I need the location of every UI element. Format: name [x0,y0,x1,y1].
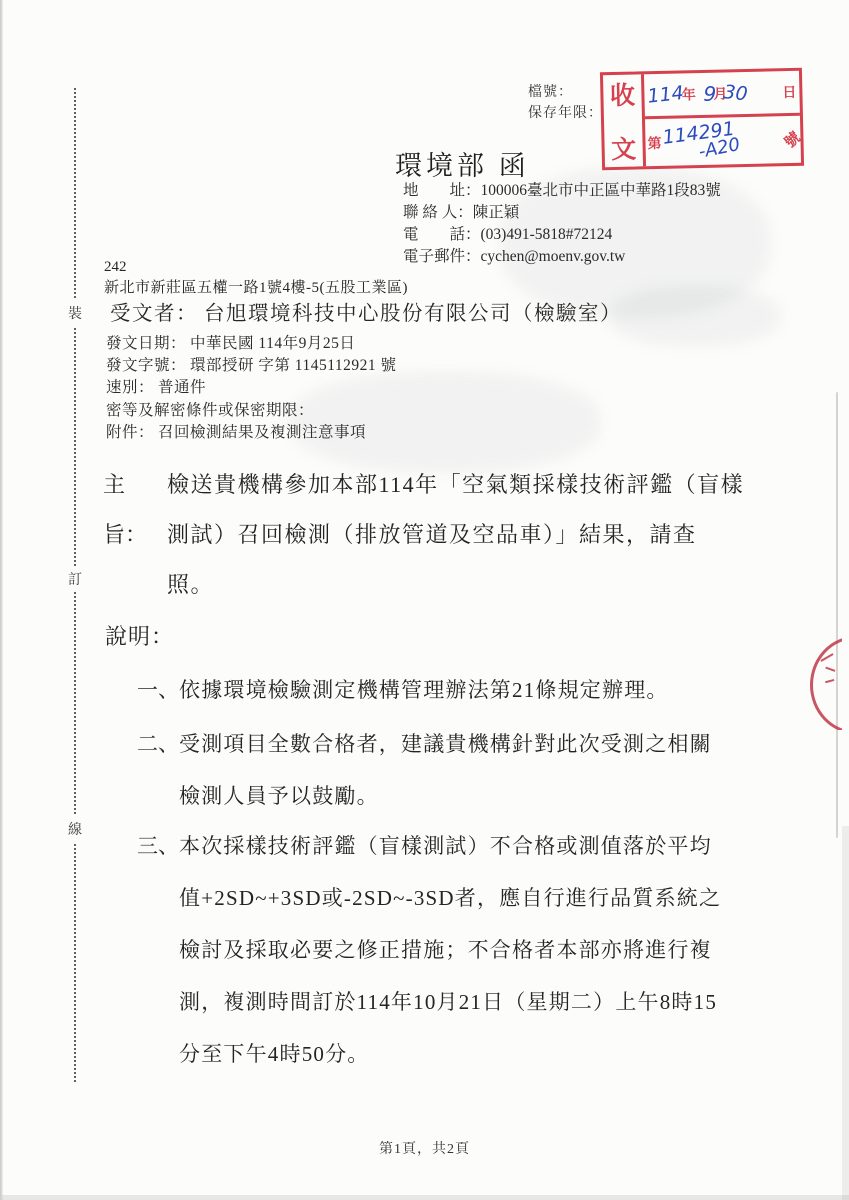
item-number: 二、 [137,718,179,822]
item-number: 一、 [137,664,179,716]
item-line: 檢測人員予以鼓勵。 [179,770,712,822]
binding-mark: 線 [66,816,84,842]
item-line: 值+2SD~+3SD或-2SD~-3SD者，應自行進行品質系統之 [179,872,721,924]
stamp-doc-char: 文 [611,130,637,167]
item-lines: 受測項目全數合格者，建議貴機構針對此次受測之相關檢測人員予以鼓勵。 [179,718,712,822]
receipt-stamp-left-column: 收 文 [603,74,646,167]
recipient-name: 台旭環境科技中心股份有限公司（檢驗室） [204,303,622,325]
page-footer: 第1頁，共2頁 [0,1138,849,1158]
meta-value: 普通件 [158,379,206,396]
addressee-street-address: 新北市新莊區五權一路1號4樓-5(五股工業區) [104,276,408,297]
item-lines: 依據環境檢驗測定機構管理辦法第21條規定辦理。 [179,664,669,716]
receipt-stamp-right-column: 114 年 9 月 30 日 第 114291 -A20 號 [644,71,801,166]
contact-block: 地 址：100006臺北市中正區中華路1段83號 聯 絡 人：陳正穎 電 話：(… [403,180,721,268]
contact-label: 電子郵件： [403,246,481,268]
contact-row: 地 址：100006臺北市中正區中華路1段83號 [403,180,721,202]
recipient-label: 受文者： [110,303,198,325]
explanation-block: 說明： 一、 依據環境檢驗測定機構管理辦法第21條規定辦理。 二、 受測項目全數… [105,620,805,1060]
retention-label: 保存年限： [528,103,603,124]
item-line: 檢討及採取必要之修正措施；不合格者本部亦將進行複 [179,924,721,976]
document-title: 環境部 函 [395,144,530,183]
item-lines: 本次採樣技術評鑑（盲樣測試）不合格或測值落於平均值+2SD~+3SD或-2SD~… [179,820,721,1080]
file-no-label: 檔號： [528,82,603,103]
document-meta-block: 發文日期：中華民國 114年9月25日 發文字號：環部授研 字第 1145112… [106,333,397,444]
subject-line: 檢送貴機構參加本部114年「空氣類採樣技術評鑑（盲樣 [167,460,744,510]
binding-marks: 裝訂線 [66,0,84,1200]
meta-row: 附件：召回檢測結果及複測注意事項 [106,422,397,444]
contact-value: cychen@moenv.gov.tw [481,248,626,265]
recipient-row: 受文者：台旭環境科技中心股份有限公司（檢驗室） [110,296,622,326]
contact-row: 電 話：(03)491-5818#72124 [403,224,721,246]
meta-row: 密等及解密條件或保密期限： [106,400,397,422]
explanation-item: 二、 受測項目全數合格者，建議貴機構針對此次受測之相關檢測人員予以鼓勵。 [137,718,712,822]
ink-bleedthrough [610,286,780,346]
scan-left-edge [0,0,3,1200]
contact-value: (03)491-5818#72124 [481,226,613,243]
binding-mark: 裝 [66,300,84,326]
subject-block: 主旨： 檢送貴機構參加本部114年「空氣類採樣技術評鑑（盲樣測試）召回檢測（排放… [103,460,744,610]
contact-row: 電子郵件：cychen@moenv.gov.tw [403,246,721,268]
contact-label: 聯 絡 人： [403,202,473,224]
handwritten-month: 9 [703,82,716,106]
subject-line: 測試）召回檢測（排放管道及空品車）」結果，請查 [167,510,744,560]
item-line: 依據環境檢驗測定機構管理辦法第21條規定辦理。 [179,664,669,716]
meta-row: 發文日期：中華民國 114年9月25日 [106,333,397,355]
receipt-stamp: 收 文 114 年 9 月 30 日 第 114291 -A20 號 [600,68,804,171]
explanation-item: 三、 本次採樣技術評鑑（盲樣測試）不合格或測值落於平均值+2SD~+3SD或-2… [137,820,721,1080]
scan-fold-line [836,392,838,838]
contact-label: 地 址： [403,180,481,202]
meta-row: 發文字號：環部授研 字第 1145112921 號 [106,355,397,377]
subject-line: 照。 [167,560,744,610]
subject-lines: 檢送貴機構參加本部114年「空氣類採樣技術評鑑（盲樣測試）召回檢測（排放管道及空… [167,460,744,610]
subject-label: 主旨： [103,460,167,610]
meta-value: 中華民國 114年9月25日 [190,335,355,352]
explanation-item: 一、 依據環境檢驗測定機構管理辦法第21條規定辦理。 [137,664,669,716]
item-line: 分至下午4時50分。 [179,1028,721,1080]
file-number-box: 檔號： 保存年限： [528,82,603,124]
contact-value: 陳正穎 [473,204,520,221]
contact-label: 電 話： [403,224,481,246]
item-line: 受測項目全數合格者，建議貴機構針對此次受測之相關 [179,718,712,770]
addressee-postal-code: 242 [104,259,127,276]
day-unit: 日 [782,82,796,102]
meta-value: 召回檢測結果及複測注意事項 [158,424,366,441]
binding-mark: 訂 [66,566,84,592]
meta-label: 附件： [106,424,154,441]
number-prefix: 第 [647,132,661,152]
handwritten-receipt-number: 114291 -A20 [662,120,741,163]
receipt-date-row: 114 年 9 月 30 日 [644,71,800,120]
handwritten-day: 30 [722,81,748,105]
scan-bottom-edge [0,1195,849,1200]
partial-red-seal [796,634,842,730]
stamp-receive-char: 收 [609,76,635,113]
meta-label: 速別： [106,379,154,396]
meta-label: 密等及解密條件或保密期限： [106,402,314,419]
meta-value: 環部授研 字第 1145112921 號 [190,357,396,374]
number-suffix: 號 [780,127,805,153]
receipt-number-row: 第 114291 -A20 號 [645,116,801,167]
meta-row: 速別：普通件 [106,377,397,399]
meta-label: 發文字號： [106,357,186,374]
item-number: 三、 [137,820,179,1080]
item-line: 測，複測時間訂於114年10月21日（星期二）上午8時15 [179,976,721,1028]
contact-value: 100006臺北市中正區中華路1段83號 [481,182,721,199]
meta-label: 發文日期： [106,335,186,352]
explanation-heading: 說明： [105,620,174,651]
item-line: 本次採樣技術評鑑（盲樣測試）不合格或測值落於平均 [179,820,721,872]
handwritten-year: 114 [646,82,684,108]
contact-row: 聯 絡 人：陳正穎 [403,202,721,224]
